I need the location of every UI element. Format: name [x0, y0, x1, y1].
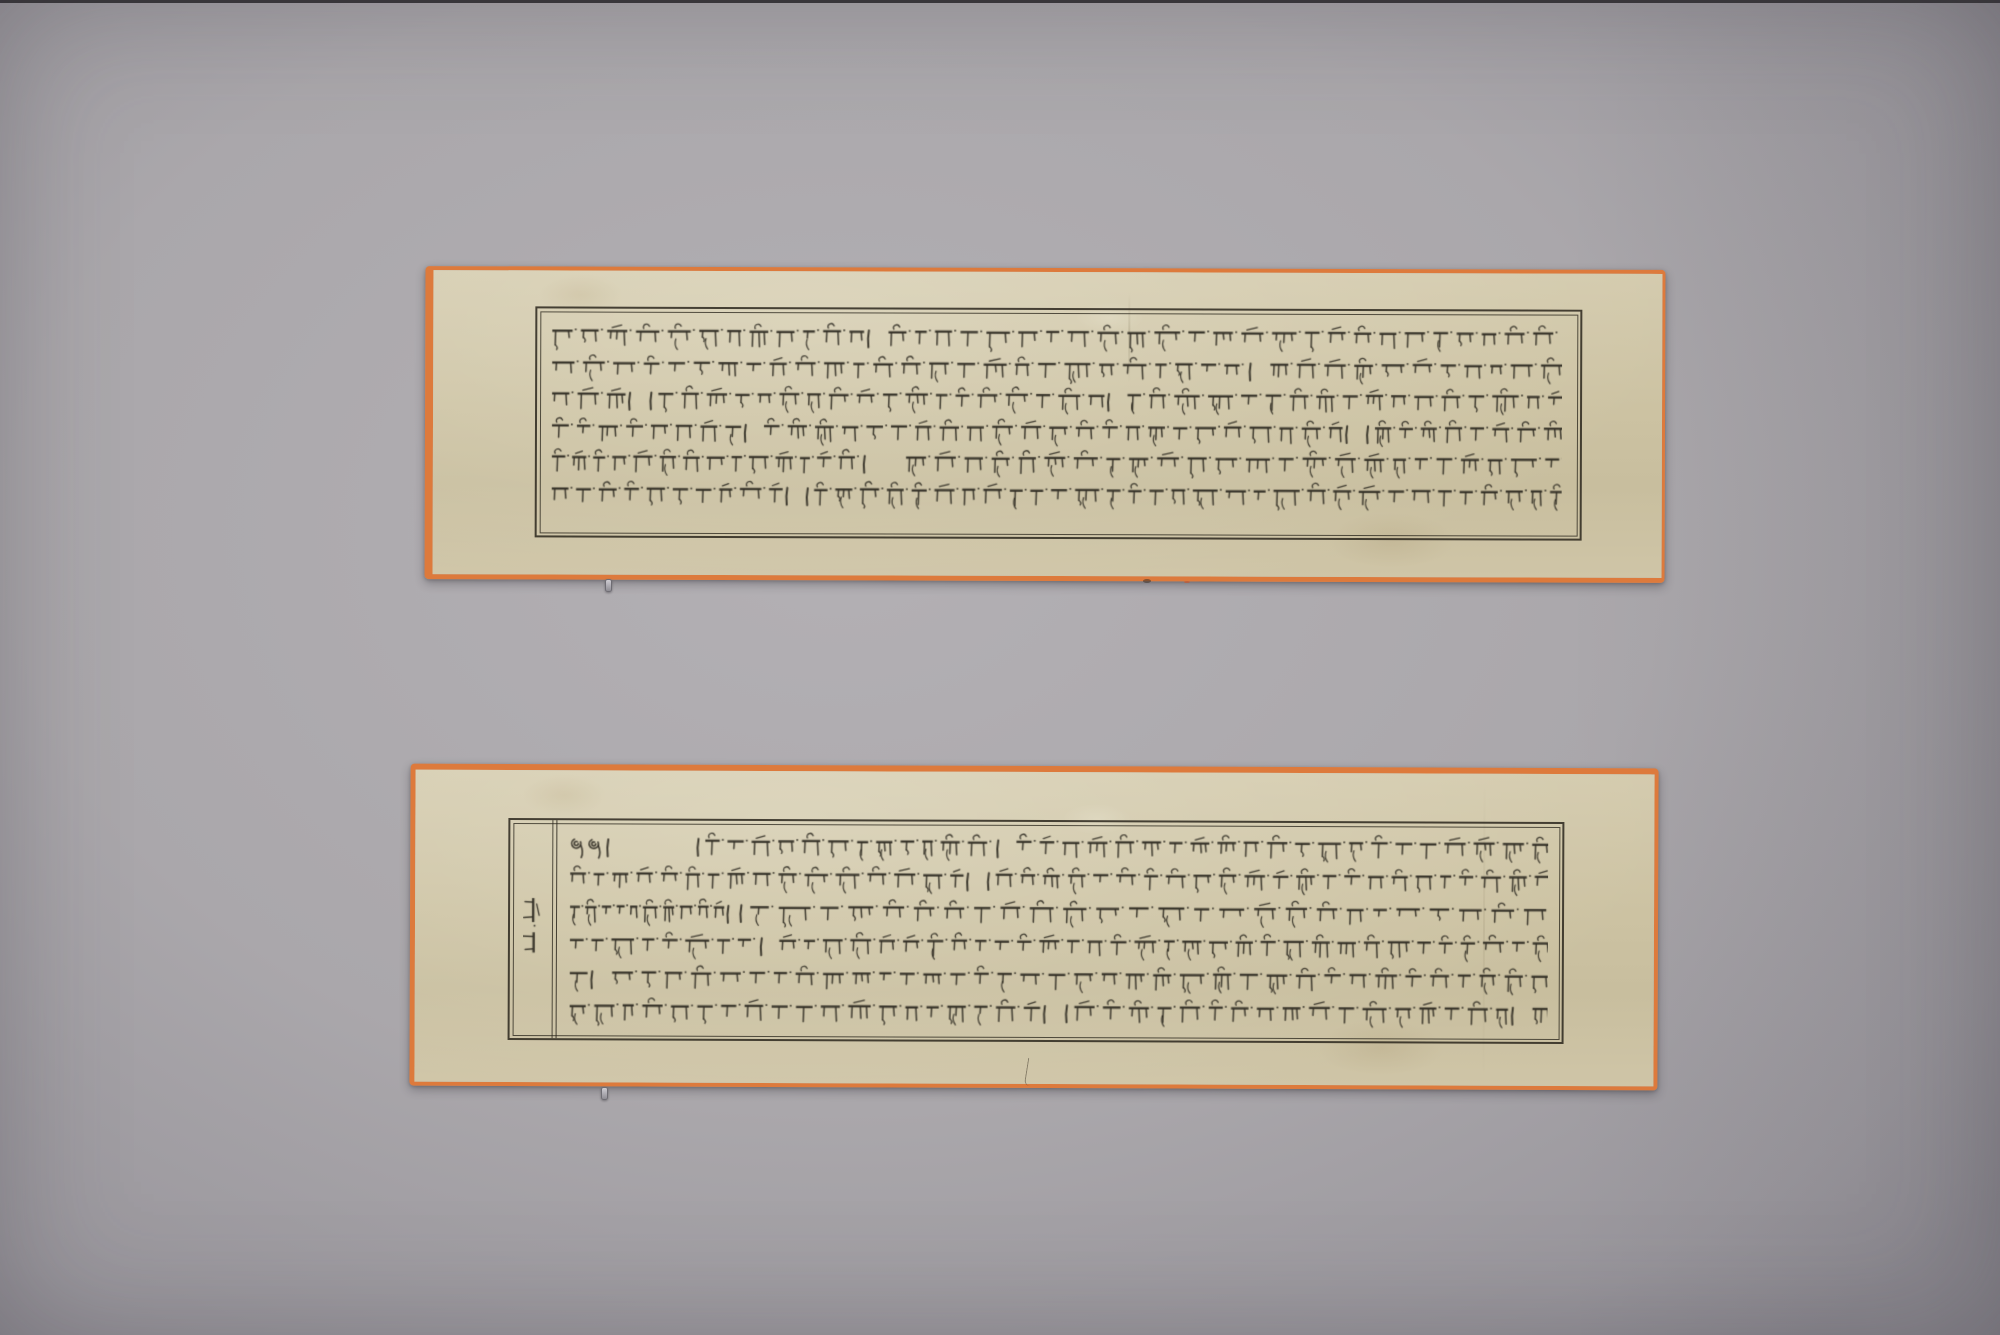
- tibetan-script-line: [550, 479, 1562, 514]
- text-line: བཟང་བས་དཔེ་རེ་ལྕུ་བུ་མང་པོ་མཆིས་སོ། །རེ་…: [550, 479, 1562, 514]
- tibetan-script-line: [568, 930, 1548, 966]
- folio-margin-script: [523, 896, 543, 968]
- text-line: ཏན་གྱི་རྩ་བ་ན་བགྱིད་པའི་ཐབས་ཡིན་ནོ།།བླ་བ…: [568, 897, 1548, 934]
- text-line: ཨང་ཟ་བསྟུར་བ་དེ་སྦྱོར་བ་དང་། བཟོ་པ་རྣམས་…: [568, 930, 1548, 967]
- upper-manuscript-leaf: ཕུན་ཏུ་འདོན་འཛིན་བྱེད་ཐུབ་པ་ཞིག་གནས་པ་ཡི…: [425, 266, 1666, 583]
- tibetan-script-line: [550, 353, 1562, 388]
- text-line: དུ་བྱུང་བ་བཞིན་དུས་བུ་མང་པོར་ཆག་ནས་གསས་ག…: [568, 996, 1548, 1033]
- edge-paint-fleck: [1184, 581, 1190, 583]
- mount-pin: [605, 579, 612, 592]
- lower-leaf-text-frame: ཤོག་ལྔ ༄༅།།ནི་རང་ཆོས་ཏུ་དཔེ་བཤུས་པ་ལྕུ་བ…: [508, 818, 1565, 1044]
- photo-of-tibetan-manuscript-leaves: { "colors": { "background": "#aba8ad", "…: [0, 0, 2000, 1335]
- tibetan-script-line: [550, 447, 1562, 482]
- tibetan-script-line: [568, 963, 1548, 999]
- tibetan-script-line: [550, 321, 1562, 356]
- photo-vignette: [0, 0, 2000, 1335]
- text-line: སྩལ་དགོས་པའོ། །སུ་ཞིག་དངོས་སུ་ལག་ལེན་བྱ་…: [550, 384, 1562, 419]
- tibetan-script-line: [568, 864, 1548, 900]
- upper-leaf-text-frame: ཕུན་ཏུ་འདོན་འཛིན་བྱེད་ཐུབ་པ་ཞིག་གནས་པ་ཡི…: [535, 306, 1583, 540]
- tibetan-script-line: [550, 384, 1562, 419]
- scanner-edge-strip: [0, 0, 2000, 3]
- edge-smudge: [1143, 579, 1151, 583]
- text-line: འཆི་བ་ལྟར་སོང་སྟེ་དེ་ལ་དོན་ལྡན་གྱི་སྐྱེས…: [568, 864, 1548, 901]
- upper-leaf-text-block: ཕུན་ཏུ་འདོན་འཛིན་བྱེད་ཐུབ་པ་ཞིག་གནས་པ་ཡི…: [550, 321, 1563, 513]
- tibetan-script-line: [568, 897, 1548, 933]
- text-line: པས། ཨུན་དུ་བཏན་པའི་ཁམས་ཡང་ན་དཔེ་རྣམས་སྣང…: [568, 963, 1548, 1000]
- text-line: ཕུན་ཏུ་འདོན་འཛིན་བྱེད་ཐུབ་པ་ཞིག་གནས་པ་ཡི…: [550, 321, 1562, 356]
- text-line: དབངས་རིགས་རྣམས་རེ་ངང་དུ་བཞག་ན་ཁོ་བོའི་རྣ…: [550, 353, 1562, 388]
- lower-leaf-text-block: ༄༅།།ནི་རང་ཆོས་ཏུ་དཔེ་བཤུས་པ་ལྕུ་བུ་མ་ཡིན…: [568, 831, 1549, 1033]
- text-line: ༄༅།།ནི་རང་ཆོས་ཏུ་དཔེ་བཤུས་པ་ལྕུ་བུ་མ་ཡིན…: [568, 831, 1548, 868]
- mount-pin: [601, 1087, 608, 1100]
- folio-margin-cell: ཤོག་ལྔ: [510, 820, 558, 1038]
- text-line: ཨི་རོན་ནི་གནར་སྨོལ་གྱི་དཔེ་རྣམས་ལ་བསྟུར་…: [550, 447, 1562, 482]
- text-line: ནི་རེ་མཚམས་ཇི་ལྟར་འབད་ཡོང་ངས། རེ་ཡིས་ངེས…: [550, 416, 1562, 451]
- tibetan-script-line: [550, 416, 1562, 451]
- tibetan-script-line: [568, 996, 1548, 1032]
- tibetan-script-line: [568, 831, 1548, 867]
- lower-manuscript-leaf: ཤོག་ལྔ ༄༅།།ནི་རང་ཆོས་ཏུ་དཔེ་བཤུས་པ་ལྕུ་བ…: [409, 764, 1658, 1091]
